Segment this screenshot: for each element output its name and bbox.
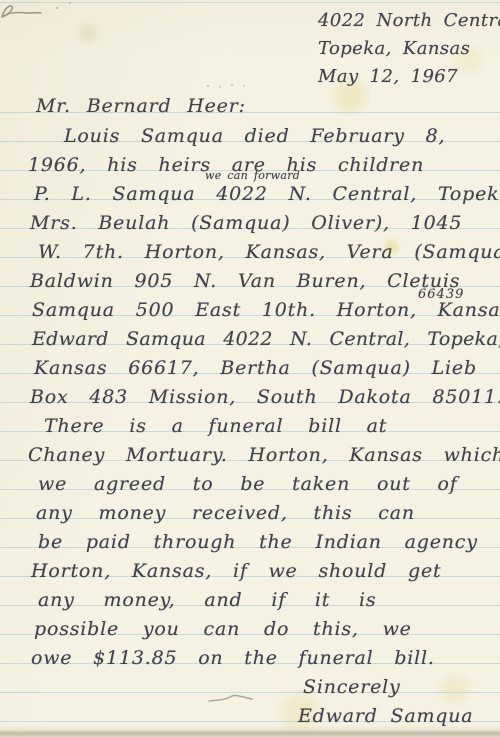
body-line: Mrs. Beulah (Samqua) Oliver), 1045 — [0, 209, 500, 238]
pencil-smudge-icon — [200, 80, 260, 92]
paper-bottom-edge — [0, 725, 500, 737]
body-line: Samqua 500 East 10th. Horton, Kansas , — [0, 296, 500, 325]
pencil-checkmark-icon — [0, 0, 80, 24]
return-address-line-1: 4022 North Central — [318, 7, 500, 35]
return-address-line-2: Topeka, Kansas — [318, 35, 500, 63]
return-address-block: 4022 North Central Topeka, Kansas May 12… — [318, 7, 500, 91]
body-line: Edward Samqua 4022 N. Central, Topeka, — [0, 325, 500, 354]
body-line: Baldwin 905 N. Van Buren, Cletuis — [0, 267, 500, 296]
body-line: P. L. Samqua 4022 N. Central, Topeka, — [0, 180, 500, 209]
letter-page: 4022 North Central Topeka, Kansas May 12… — [0, 0, 500, 737]
body-line: 1966, his heirs are his children — [0, 151, 500, 180]
top-rule-line — [0, 2, 500, 3]
body-line: Kansas 66617, Bertha (Samqua) Lieb — [0, 354, 500, 383]
body-line: possible you can do this, we — [0, 615, 500, 644]
closing: Sincerely — [0, 673, 500, 702]
body-line: Louis Samqua died February 8, — [0, 122, 500, 151]
body-line: Chaney Mortuary. Horton, Kansas which — [0, 441, 500, 470]
date-line: May 12, 1967 — [318, 63, 500, 91]
body-line: Box 483 Mission, South Dakota 85011. — [0, 383, 500, 412]
body-line: any money, and if it is — [0, 586, 500, 615]
body-line: we agreed to be taken out of — [0, 470, 500, 499]
body-line: There is a funeral bill at — [0, 412, 500, 441]
salutation: Mr. Bernard Heer: — [36, 92, 246, 120]
body-line: Horton, Kansas, if we should get — [0, 557, 500, 586]
letter-body: Louis Samqua died February 8, 1966, his … — [0, 122, 500, 731]
body-line: W. 7th. Horton, Kansas, Vera (Samqua)/ — [0, 238, 500, 267]
body-line: owe $113.85 on the funeral bill. — [0, 644, 500, 673]
body-line: any money received, this can — [0, 499, 500, 528]
body-line: be paid through the Indian agency — [0, 528, 500, 557]
